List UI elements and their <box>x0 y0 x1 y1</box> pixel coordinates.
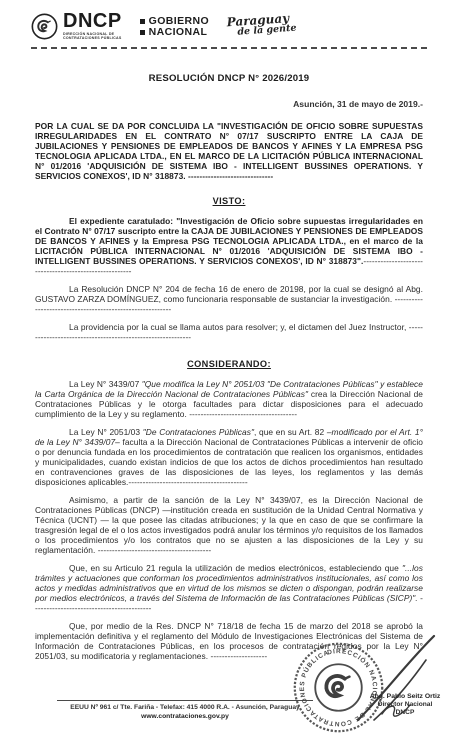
dncp-subtitle-line2: CONTRATACIONES PÚBLICAS <box>63 36 122 40</box>
signatory-name: Abg. Pablo Seitz Ortiz <box>362 693 448 701</box>
section-considerando: CONSIDERANDO: La Ley N° 3439/07 "Que mod… <box>35 359 423 661</box>
paragraph: La Ley N° 2051/03 "De Contrataciones Púb… <box>35 427 423 487</box>
square-bullet-icon <box>140 30 145 35</box>
paraguay-script-line2: de la gente <box>237 24 297 37</box>
dncp-wordmark-block: DNCP DIRECCIÓN NACIONAL DE CONTRATACIONE… <box>63 12 122 40</box>
header-divider <box>31 47 427 49</box>
footer-website: www.contrataciones.gov.py <box>57 713 313 722</box>
paragraph: La Ley N° 3439/07 "Que modifica la Ley N… <box>35 379 423 419</box>
signatory-org: DNCP <box>362 709 448 717</box>
nacional-row: NACIONAL <box>140 27 209 38</box>
document-page: DNCP DIRECCIÓN NACIONAL DE CONTRATACIONE… <box>0 0 450 733</box>
square-bullet-icon <box>140 19 145 24</box>
considerando-paragraphs: La Ley N° 3439/07 "Que modifica la Ley N… <box>35 379 423 661</box>
signature-block: Abg. Pablo Seitz Ortiz Director Nacional… <box>362 693 448 717</box>
dncp-wordmark: DNCP <box>63 12 122 31</box>
section-visto: VISTO: El expediente caratulado: "Invest… <box>35 196 423 342</box>
paragraph: Asimismo, a partir de la sanción de la L… <box>35 495 423 555</box>
considerando-heading: CONSIDERANDO: <box>35 359 423 369</box>
dncp-bird-icon <box>31 13 58 40</box>
signatory-title: Director Nacional <box>362 701 448 709</box>
visto-paragraphs: El expediente caratulado: "Investigación… <box>35 216 423 342</box>
paraguay-script-logo: Paraguay de la gente <box>226 12 296 38</box>
gobierno-nacional-logo: GOBIERNO NACIONAL <box>140 16 209 38</box>
resolution-title: RESOLUCIÓN DNCP N° 2026/2019 <box>35 73 423 84</box>
dncp-logo: DNCP DIRECCIÓN NACIONAL DE CONTRATACIONE… <box>31 12 122 40</box>
paragraph: Que, en su Articulo 21 regula la utiliza… <box>35 563 423 613</box>
paragraph: El expediente caratulado: "Investigación… <box>35 216 423 276</box>
date-line: Asunción, 31 de mayo de 2019.- <box>35 99 423 109</box>
footer-address: EEUU Nº 961 c/ Tte. Fariña - Telefax: 41… <box>57 704 313 713</box>
paragraph: La Resolución DNCP N° 204 de fecha 16 de… <box>35 284 423 314</box>
footer: EEUU Nº 961 c/ Tte. Fariña - Telefax: 41… <box>57 700 313 721</box>
paragraph: La providencia por la cual se llama auto… <box>35 322 423 342</box>
nacional-label: NACIONAL <box>149 27 208 38</box>
dncp-subtitle: DIRECCIÓN NACIONAL DE CONTRATACIONES PÚB… <box>63 32 122 40</box>
lead-paragraph: POR LA CUAL SE DA POR CONCLUIDA LA "INVE… <box>35 121 423 181</box>
visto-heading: VISTO: <box>35 196 423 206</box>
stamp-bird-icon <box>326 676 349 696</box>
letterhead: DNCP DIRECCIÓN NACIONAL DE CONTRATACIONE… <box>31 12 423 40</box>
